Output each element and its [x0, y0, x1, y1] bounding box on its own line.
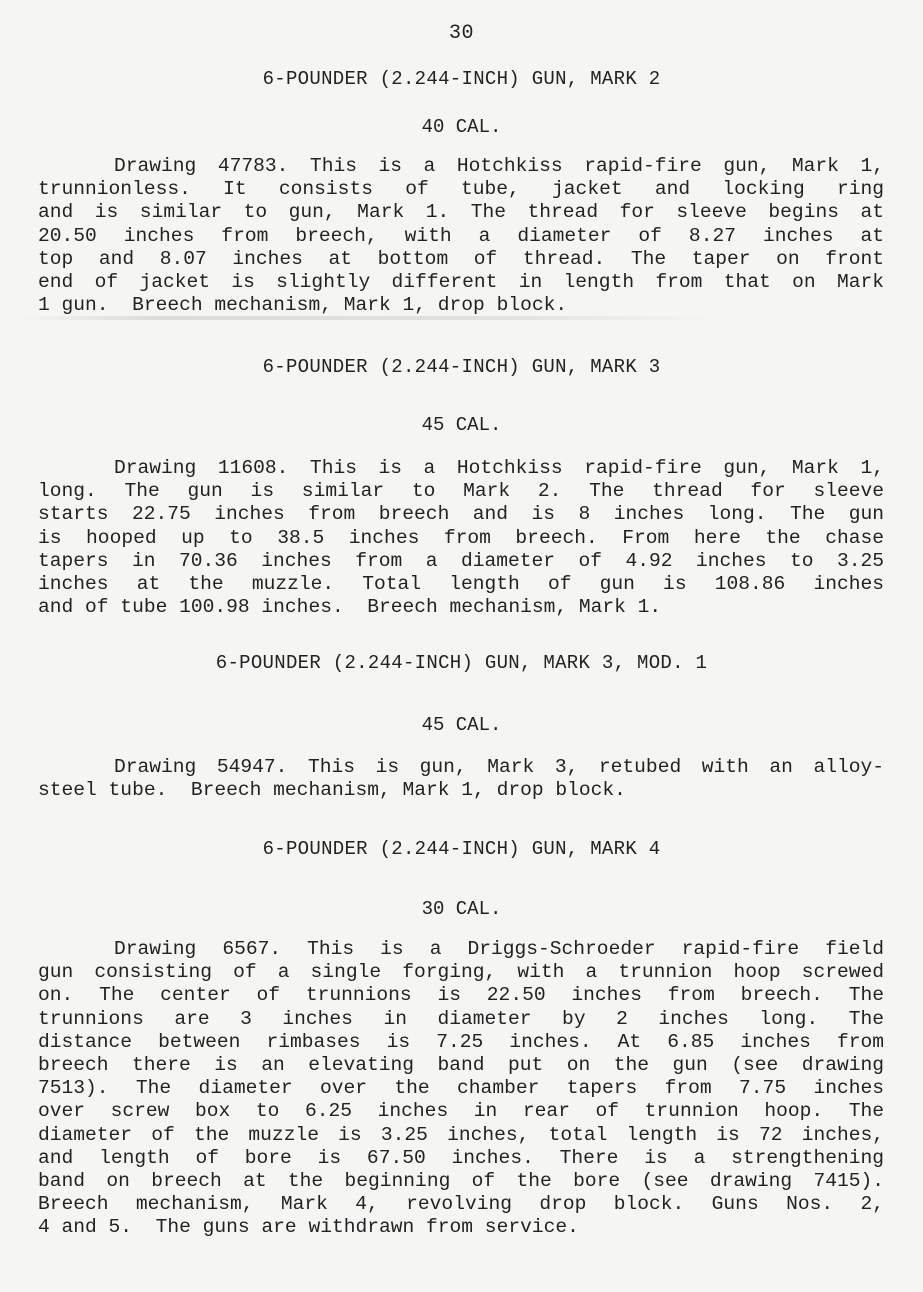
- section-caliber-mark-2: 40 CAL.: [0, 116, 923, 138]
- paragraph-line: distance between rimbases is 7.25 inches…: [38, 1031, 884, 1054]
- paragraph-line: Drawing 47783. This is a Hotchkiss rapid…: [38, 155, 884, 178]
- paragraph-line: over screw box to 6.25 inches in rear of…: [38, 1100, 884, 1123]
- paragraph-line: inches at the muzzle. Total length of gu…: [38, 573, 884, 596]
- page-number: 30: [0, 22, 923, 45]
- document-page: 30 6-POUNDER (2.244-INCH) GUN, MARK 2 40…: [0, 0, 923, 1292]
- section-paragraph-mark-4: Drawing 6567. This is a Driggs-Schroeder…: [38, 938, 884, 1239]
- section-heading-mark-4: 6-POUNDER (2.244-INCH) GUN, MARK 4: [0, 838, 923, 860]
- section-paragraph-mark-3: Drawing 11608. This is a Hotchkiss rapid…: [38, 457, 884, 619]
- paragraph-line: steel tube. Breech mechanism, Mark 1, dr…: [38, 779, 884, 802]
- paragraph-line: 7513). The diameter over the chamber tap…: [38, 1077, 884, 1100]
- paragraph-line: and length of bore is 67.50 inches. Ther…: [38, 1147, 884, 1170]
- paragraph-line: 4 and 5. The guns are withdrawn from ser…: [38, 1216, 884, 1239]
- paragraph-line: on. The center of trunnions is 22.50 inc…: [38, 984, 884, 1007]
- paragraph-line: Drawing 6567. This is a Driggs-Schroeder…: [38, 938, 884, 961]
- paragraph-line: tapers in 70.36 inches from a diameter o…: [38, 550, 884, 573]
- paragraph-line: trunnionless. It consists of tube, jacke…: [38, 178, 884, 201]
- paragraph-line: long. The gun is similar to Mark 2. The …: [38, 480, 884, 503]
- paragraph-line: breech there is an elevating band put on…: [38, 1054, 884, 1077]
- paragraph-line: trunnions are 3 inches in diameter by 2 …: [38, 1008, 884, 1031]
- paragraph-line: and is similar to gun, Mark 1. The threa…: [38, 201, 884, 224]
- paragraph-line: 20.50 inches from breech, with a diamete…: [38, 225, 884, 248]
- section-caliber-mark-4: 30 CAL.: [0, 898, 923, 920]
- paragraph-line: and of tube 100.98 inches. Breech mechan…: [38, 596, 884, 619]
- paragraph-line: top and 8.07 inches at bottom of thread.…: [38, 248, 884, 271]
- section-caliber-mark-3: 45 CAL.: [0, 414, 923, 436]
- paragraph-line: starts 22.75 inches from breech and is 8…: [38, 503, 884, 526]
- section-caliber-mark-3-mod-1: 45 CAL.: [0, 714, 923, 736]
- section-heading-mark-3: 6-POUNDER (2.244-INCH) GUN, MARK 3: [0, 356, 923, 378]
- paragraph-line: gun consisting of a single forging, with…: [38, 961, 884, 984]
- section-heading-mark-3-mod-1: 6-POUNDER (2.244-INCH) GUN, MARK 3, MOD.…: [0, 652, 923, 674]
- paragraph-line: Breech mechanism, Mark 4, revolving drop…: [38, 1193, 884, 1216]
- paragraph-line: is hooped up to 38.5 inches from breech.…: [38, 527, 884, 550]
- paragraph-line: diameter of the muzzle is 3.25 inches, t…: [38, 1124, 884, 1147]
- section-heading-mark-2: 6-POUNDER (2.244-INCH) GUN, MARK 2: [0, 68, 923, 90]
- section-paragraph-mark-3-mod-1: Drawing 54947. This is gun, Mark 3, retu…: [38, 756, 884, 802]
- paragraph-line: end of jacket is slightly different in l…: [38, 271, 884, 294]
- paragraph-line: band on breech at the beginning of the b…: [38, 1170, 884, 1193]
- paragraph-line: Drawing 54947. This is gun, Mark 3, retu…: [38, 756, 884, 779]
- scan-smudge: [20, 316, 720, 320]
- paragraph-line: Drawing 11608. This is a Hotchkiss rapid…: [38, 457, 884, 480]
- paragraph-line: 1 gun. Breech mechanism, Mark 1, drop bl…: [38, 294, 884, 317]
- section-paragraph-mark-2: Drawing 47783. This is a Hotchkiss rapid…: [38, 155, 884, 317]
